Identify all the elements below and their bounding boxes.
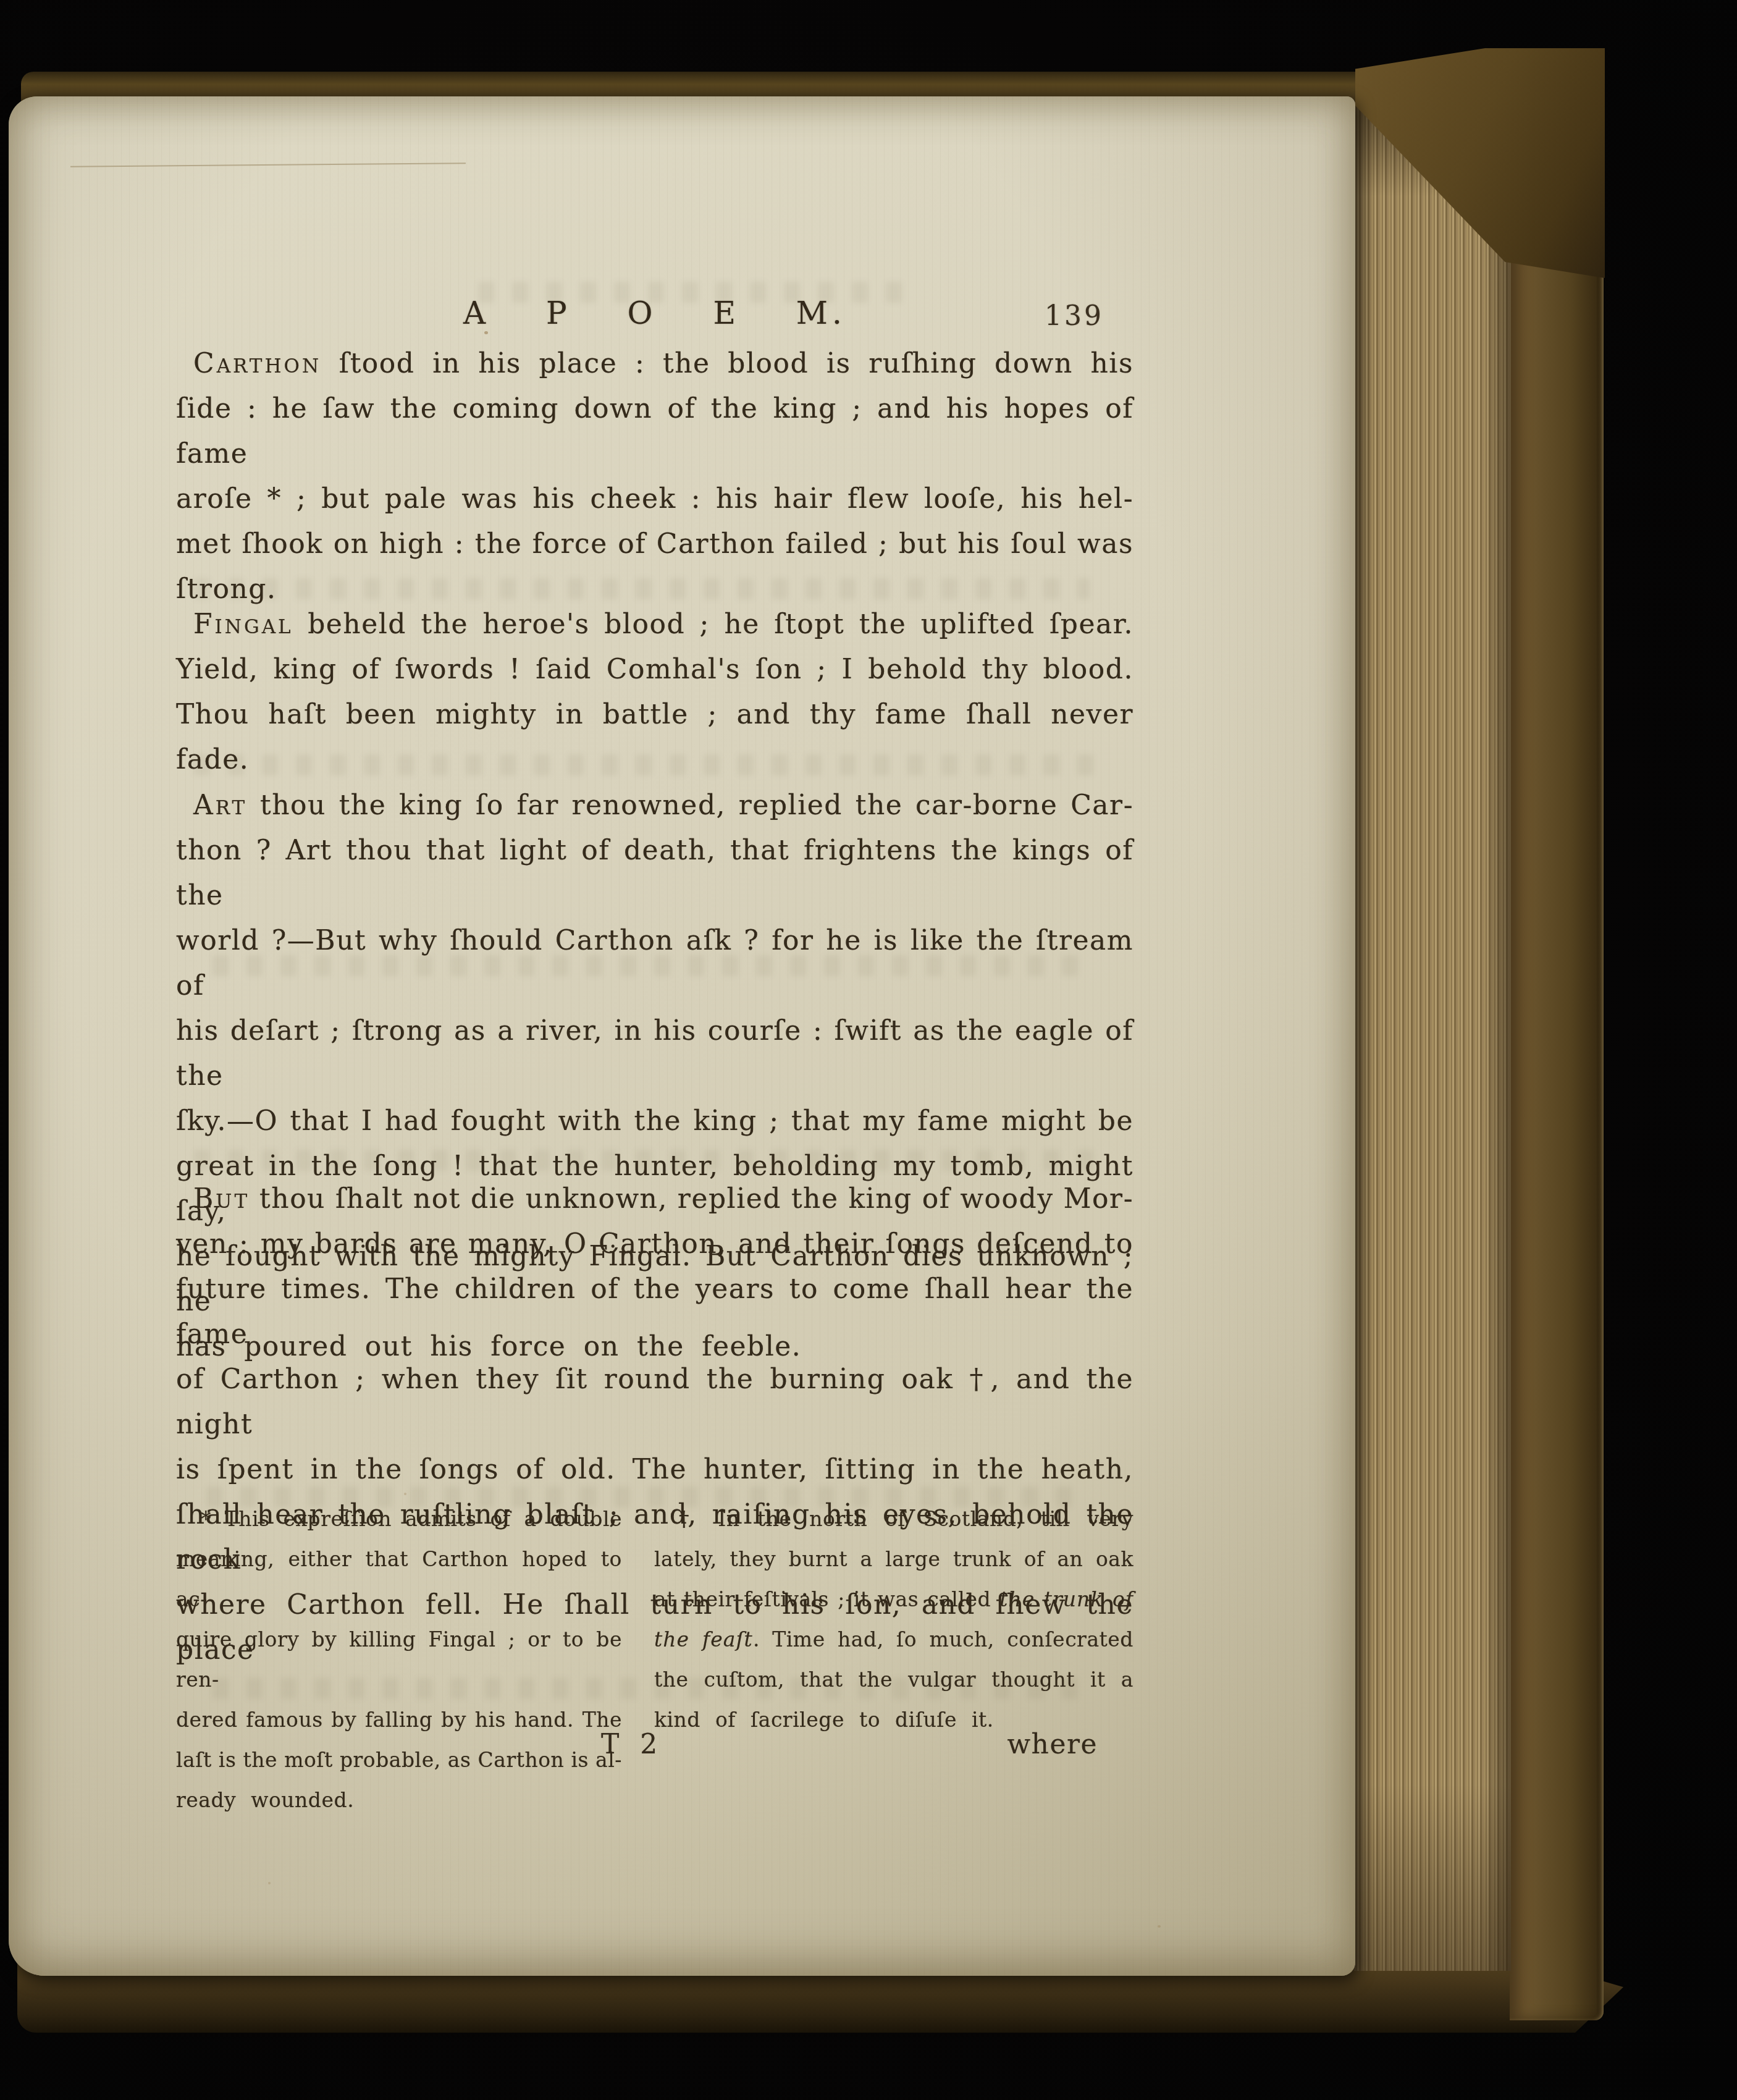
printed-text-block: A P O E M. 139 Carthon ſtood in his plac… [176, 295, 1133, 1914]
text-line: Art thou the king ſo far renowned, repli… [176, 783, 1133, 828]
paper-scratch-mark [70, 162, 466, 167]
paragraph: Carthon ſtood in his place : the blood i… [176, 341, 1133, 612]
book-page-paper: A P O E M. 139 Carthon ſtood in his plac… [9, 96, 1355, 1976]
text-line: Carthon ſtood in his place : the blood i… [176, 341, 1133, 386]
leather-cover-right-board [1510, 52, 1604, 2020]
direction-line: T 2 where [176, 1729, 1133, 1778]
text-line: Thou haſt been mighty in battle ; and th… [176, 692, 1133, 782]
text-line: But thou ſhalt not die unknown, replied … [176, 1176, 1133, 1221]
text-line: ven : my bards are many, O Carthon, and … [176, 1221, 1133, 1267]
running-title: A P O E M. [176, 295, 1133, 331]
scanned-book-page: { "book": { "header": { "title": "A P O … [0, 0, 1737, 2100]
text-line: aroſe * ; but pale was his cheek : his h… [176, 476, 1133, 521]
footnote-line: quire glory by killing Fingal ; or to be… [176, 1619, 622, 1700]
footnote-line: lately, they burnt a large trunk of an o… [654, 1539, 1133, 1579]
text-line: his deſart ; ſtrong as a river, in his c… [176, 1008, 1133, 1098]
footnote-line: meaning, either that Carthon hoped to ac… [176, 1539, 622, 1619]
footnote-line: ready wounded. [176, 1780, 622, 1820]
text-line: future times. The children of the years … [176, 1267, 1133, 1357]
footnote-line: at their feſtivals ; it was called the t… [654, 1579, 1133, 1619]
footnote-line: the feaſt. Time had, ſo much, conſecrate… [654, 1619, 1133, 1659]
text-line: world ?—But why ſhould Carthon aſk ? for… [176, 918, 1133, 1008]
page-number: 139 [1045, 300, 1104, 332]
footnote-line: the cuſtom, that the vulgar thought it a [654, 1659, 1133, 1700]
text-line: thon ? Art thou that light of death, tha… [176, 828, 1133, 918]
paragraph-lead-word: But [193, 1183, 250, 1215]
footnote-line: † In the north of Scotland, till very [654, 1499, 1133, 1539]
text-line: is ſpent in the ſongs of old. The hunter… [176, 1447, 1133, 1492]
signature-mark: T 2 [601, 1729, 663, 1760]
text-line: Yield, king of ſwords ! ſaid Comhal's ſo… [176, 647, 1133, 692]
paragraph: Fingal beheld the heroe's blood ; he ſto… [176, 602, 1133, 782]
text-line: ſide : he ſaw the coming down of the kin… [176, 386, 1133, 476]
text-line: of Carthon ; when they ſit round the bur… [176, 1357, 1133, 1447]
text-line: Fingal beheld the heroe's blood ; he ſto… [176, 602, 1133, 647]
footnote-line: * This expreſſion admits of a double [176, 1499, 622, 1539]
paper-speck [1158, 1925, 1161, 1928]
catchword: where [1007, 1729, 1098, 1760]
paragraph-lead-word: Carthon [193, 348, 321, 379]
text-line: met ſhook on high : the force of Carthon… [176, 521, 1133, 567]
paragraph-lead-word: Fingal [193, 609, 293, 640]
paragraph-lead-word: Art [193, 790, 247, 821]
page-stack-fore-edge [1354, 104, 1511, 1971]
text-line: ſky.—O that I had fought with the king ;… [176, 1098, 1133, 1144]
